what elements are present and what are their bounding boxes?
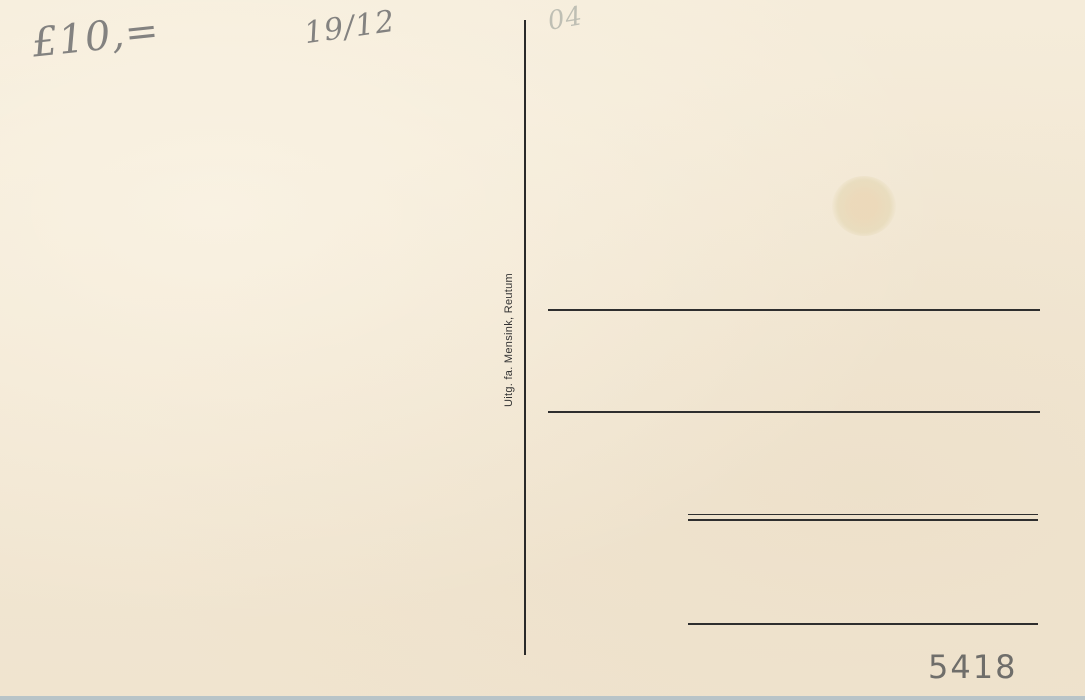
- address-line-3-upper: [688, 514, 1038, 515]
- pencil-date-mark: 19/12: [302, 4, 397, 51]
- stamp-stain: [832, 176, 896, 236]
- pencil-faint-mark: 04: [546, 1, 586, 37]
- pencil-stock-number: 5418: [928, 648, 1017, 686]
- publisher-imprint: Uitg. fa. Mensink, Reutum: [503, 273, 515, 407]
- address-line-3-lower: [688, 519, 1038, 521]
- address-line-4: [688, 623, 1038, 625]
- address-line-2: [548, 411, 1040, 413]
- center-divider-line: [524, 20, 526, 655]
- pencil-price-mark: £10,=: [30, 7, 162, 66]
- postcard-back: £10,= 19/12 04 Uitg. fa. Mensink, Reutum…: [0, 0, 1085, 700]
- address-line-1: [548, 309, 1040, 311]
